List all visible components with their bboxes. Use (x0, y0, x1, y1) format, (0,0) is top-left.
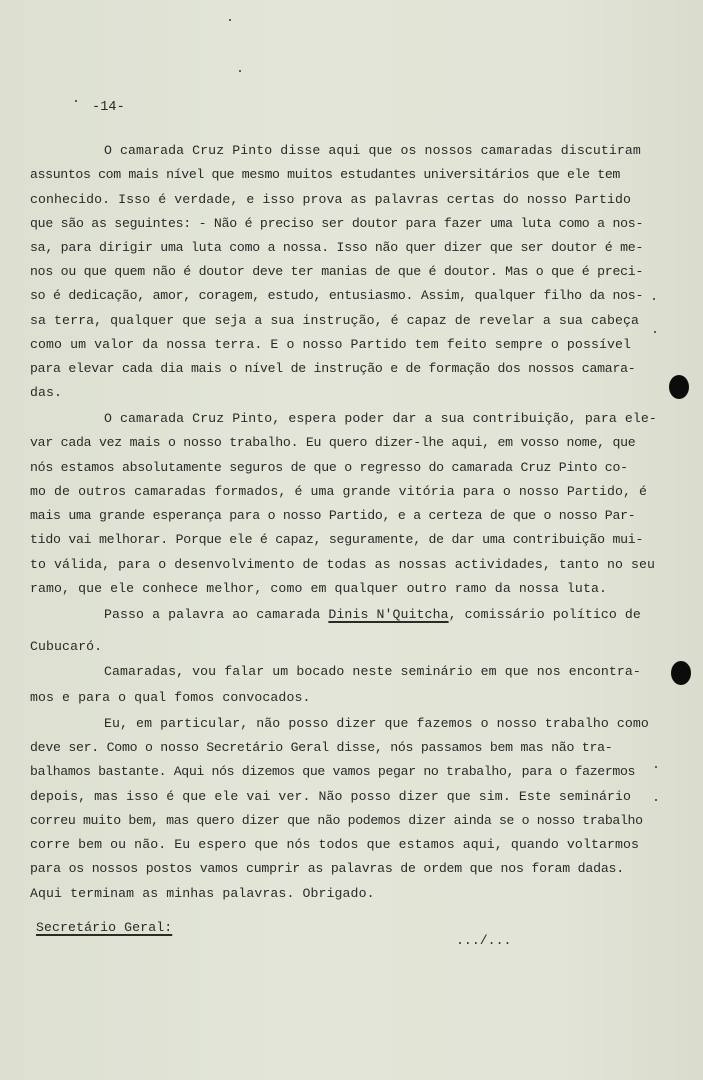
text-line: para elevar cada dia mais o nível de ins… (30, 361, 635, 376)
text-line: depois, mas isso é que ele vai ver. Não … (30, 789, 631, 804)
text-line: Aqui terminam as minhas palavras. Obriga… (30, 886, 375, 901)
text-line: var cada vez mais o nosso trabalho. Eu q… (30, 435, 635, 450)
text-line: balhamos bastante. Aqui nós dizemos que … (30, 764, 635, 779)
scan-speck (229, 19, 231, 21)
scan-speck (75, 100, 77, 102)
text-line: Eu, em particular, não posso dizer que f… (104, 716, 649, 731)
closing-speaker-label: Secretário Geral: (36, 920, 172, 935)
text-line: Passo a palavra ao camarada Dinis N'Quit… (104, 607, 641, 622)
text-line: mo de outros camaradas formados, é uma g… (30, 484, 647, 499)
text-line: conhecido. Isso é verdade, e isso prova … (30, 192, 631, 207)
text-line: nós estamos absolutamente seguros de que… (30, 460, 628, 475)
text-line: O camarada Cruz Pinto, espera poder dar … (104, 411, 657, 426)
continued-marker: .../... (456, 933, 511, 948)
text-line: que são as seguintes: - Não é preciso se… (30, 216, 643, 231)
scan-speck (654, 331, 656, 333)
page-number: -14- (92, 100, 125, 115)
text-line: mais uma grande esperança para o nosso P… (30, 508, 635, 523)
text-line: deve ser. Como o nosso Secretário Geral … (30, 740, 612, 755)
text-line: sa, para dirigir uma luta como a nossa. … (30, 240, 643, 255)
text-line: so é dedicação, amor, coragem, estudo, e… (30, 288, 643, 303)
text-line: Camaradas, vou falar um bocado neste sem… (104, 664, 641, 679)
punch-hole (671, 661, 691, 685)
scan-speck (239, 70, 241, 72)
punch-hole (669, 375, 689, 399)
text-line: como um valor da nossa terra. E o nosso … (30, 337, 631, 352)
scan-speck (655, 799, 657, 801)
text-line: correu muito bem, mas quero dizer que nã… (30, 813, 643, 828)
text-line: O camarada Cruz Pinto disse aqui que os … (104, 143, 641, 158)
document-page: -14- O camarada Cruz Pinto disse aqui qu… (0, 0, 703, 1080)
text-line: das. (30, 385, 62, 400)
text-line: tido vai melhorar. Porque ele é capaz, s… (30, 532, 643, 547)
text-line: sa terra, qualquer que seja a sua instru… (30, 313, 639, 328)
speaker-name: Dinis N'Quitcha (328, 607, 448, 622)
scan-speck (653, 298, 655, 300)
text-line: para os nossos postos vamos cumprir as p… (30, 861, 624, 876)
text-line: nos ou que quem não é doutor deve ter ma… (30, 264, 643, 279)
text-line: corre bem ou não. Eu espero que nós todo… (30, 837, 639, 852)
text-line: Cubucaró. (30, 639, 102, 654)
scan-speck (655, 766, 657, 768)
text-line: ramo, que ele conhece melhor, como em qu… (30, 581, 607, 596)
text-line: assuntos com mais nível que mesmo muitos… (30, 167, 620, 182)
text-fragment: , comissário político de (449, 607, 641, 622)
text-line: to válida, para o desenvolvimento de tod… (30, 557, 655, 572)
text-fragment: Passo a palavra ao camarada (104, 607, 328, 622)
text-line: mos e para o qual fomos convocados. (30, 690, 310, 705)
